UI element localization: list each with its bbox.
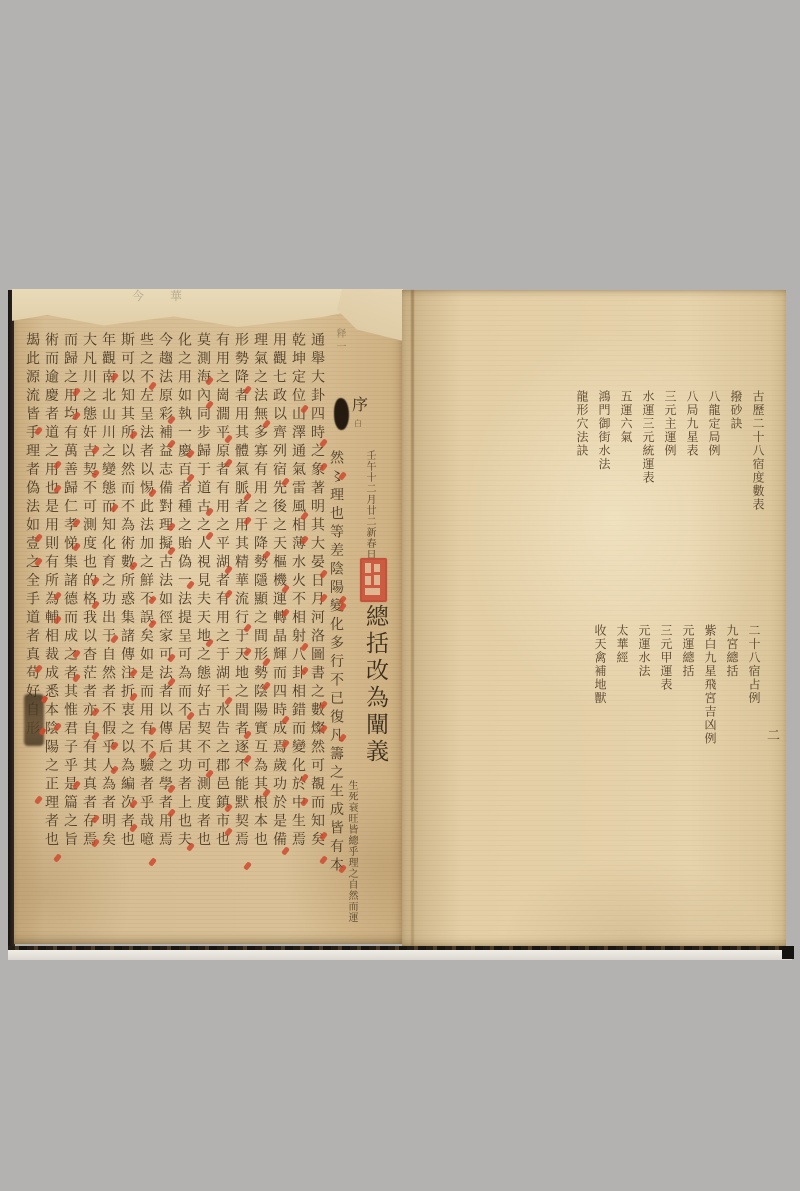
vermilion-mark xyxy=(53,853,62,862)
vermilion-mark xyxy=(281,715,290,724)
fragment-faint-text: 今華 xyxy=(132,287,208,304)
red-seal xyxy=(360,558,387,602)
vermilion-mark xyxy=(262,788,271,797)
manuscript-column: 有用之崗㵎平原者有用之平湖者有用之于湖干水告之郡邑鎮市也 xyxy=(215,332,229,932)
vermilion-mark xyxy=(129,561,138,570)
vermilion-mark xyxy=(186,473,195,482)
vermilion-mark xyxy=(281,477,290,486)
vermilion-mark xyxy=(91,707,100,716)
scan-background: { "scan": { "background_color": "#b4b2b1… xyxy=(0,0,800,1191)
vermilion-mark xyxy=(262,657,271,666)
vermilion-mark xyxy=(167,784,176,793)
vermilion-mark xyxy=(91,576,100,585)
toc-entry: 元運總括 xyxy=(681,624,694,874)
vermilion-mark xyxy=(110,765,119,774)
preface-heading-group: 序 白 xyxy=(334,392,382,450)
vermilion-mark xyxy=(319,855,328,864)
seal-glyph xyxy=(374,564,380,572)
vermilion-mark xyxy=(281,846,290,855)
toc-entry: 鴻門御街水法 xyxy=(597,390,610,640)
vermilion-mark xyxy=(186,711,195,720)
manuscript-column: 今趨法原彩補益志備對理擬古法如徑家可法者以傳后之學者用焉 xyxy=(158,332,172,932)
preface-heading: 序 xyxy=(352,392,368,415)
vermilion-mark xyxy=(205,769,214,778)
vermilion-mark xyxy=(300,773,309,782)
manuscript-column: 年觀南北山川之變態而知化育之功出于自然者不假乎人為者明矣 xyxy=(101,332,115,932)
right-page: 古歷二十八宿度數表撥砂訣八龍定局例八局九星表三元主運例水運三元統運表五運六氣鴻門… xyxy=(402,290,786,946)
manuscript-column: 斯可以知其所以然而不為術數所惑集諸傳注折衷之以為編次者也 xyxy=(120,332,134,932)
vermilion-mark xyxy=(224,827,233,836)
vermilion-mark xyxy=(186,580,195,589)
manuscript-columns: 然〻理也等差陰陽變化多行不已復凡籌之生成皆有本通舉大卦四時之象著明其大晏日月河洛… xyxy=(20,332,343,932)
vermilion-mark xyxy=(148,726,157,735)
vermilion-mark xyxy=(53,460,62,469)
vermilion-mark xyxy=(129,799,138,808)
vermilion-mark xyxy=(167,439,176,448)
manuscript-column: 用觀七政以齊列宿先後之天樞機運轉晶輝而四時成焉歲功於是備 xyxy=(272,332,286,932)
vermilion-mark xyxy=(91,731,100,740)
vermilion-mark xyxy=(167,653,176,662)
vermilion-mark xyxy=(243,861,252,870)
vermilion-mark xyxy=(72,387,81,396)
vermilion-mark xyxy=(110,503,119,512)
vermilion-mark xyxy=(243,623,252,632)
toc-entry: 三元主運例 xyxy=(663,390,676,640)
book-bottom-strip xyxy=(8,950,792,960)
vermilion-mark xyxy=(281,739,290,748)
vermilion-mark xyxy=(243,730,252,739)
marginal-note: 释一 xyxy=(332,328,347,354)
vermilion-mark xyxy=(224,565,233,574)
toc-entry: 九宮總括 xyxy=(725,624,738,874)
vermilion-mark xyxy=(205,638,214,647)
seal-glyph xyxy=(365,588,380,595)
vermilion-mark xyxy=(72,411,81,420)
subtitle-column: 生死衰旺皆總乎理之自然而運 xyxy=(346,780,357,923)
toc-entry: 元運水法 xyxy=(637,624,650,874)
vermilion-mark xyxy=(243,754,252,763)
book-scan: 今華 然〻理也等差陰陽變化多行不已復凡籌之生成皆有本通舉大卦四時之象著明其大晏日… xyxy=(8,288,792,962)
left-page: 今華 然〻理也等差陰陽變化多行不已復凡籌之生成皆有本通舉大卦四時之象著明其大晏日… xyxy=(14,292,402,944)
vermilion-mark xyxy=(34,664,43,673)
vermilion-mark xyxy=(319,593,328,602)
blot-side-note: 白 xyxy=(354,418,362,429)
ink-blot xyxy=(334,398,349,430)
toc-entry: 五運六氣 xyxy=(619,390,632,640)
vermilion-mark xyxy=(148,857,157,866)
vermilion-mark xyxy=(53,615,62,624)
seal-glyph xyxy=(365,576,371,585)
vermilion-mark xyxy=(129,823,138,832)
toc-entry: 太華經 xyxy=(615,624,628,874)
vermilion-mark xyxy=(300,642,309,651)
vermilion-mark xyxy=(53,591,62,600)
vermilion-mark xyxy=(148,488,157,497)
toc-entry: 水運三元統運表 xyxy=(641,390,654,640)
vermilion-mark xyxy=(167,808,176,817)
vermilion-mark xyxy=(34,795,43,804)
vermilion-mark xyxy=(319,700,328,709)
manuscript-column: 通舉大卦四時之象著明其大晏日月河洛圖書之數燦然可覩而知矣 xyxy=(310,332,324,932)
gutter-fold-crease xyxy=(411,290,414,946)
vermilion-mark xyxy=(205,507,214,516)
vermilion-mark xyxy=(224,803,233,812)
vermilion-mark xyxy=(34,426,43,435)
vermilion-mark xyxy=(300,666,309,675)
vermilion-mark xyxy=(300,535,309,544)
toc-entry: 紫白九星飛宮吉凶例 xyxy=(703,624,716,874)
vermilion-mark xyxy=(129,692,138,701)
toc-entry: 八局九星表 xyxy=(685,390,698,640)
vermilion-mark xyxy=(262,550,271,559)
vermilion-mark xyxy=(148,595,157,604)
toc-entry: 龍形穴法訣 xyxy=(575,390,588,640)
vermilion-mark xyxy=(281,608,290,617)
torn-paper-fragment: 今華 xyxy=(12,289,364,327)
vermilion-mark xyxy=(91,814,100,823)
vermilion-mark xyxy=(129,430,138,439)
vermilion-mark xyxy=(72,673,81,682)
seal-glyph xyxy=(365,563,371,573)
manuscript-column: 大凡川之態奸吉契不可測度也的格我以杳茫者亦自有其真者存焉 xyxy=(82,332,96,932)
vermilion-mark xyxy=(148,750,157,759)
toc-entry: 收天禽補地獸 xyxy=(593,624,606,874)
vermilion-mark xyxy=(319,569,328,578)
vermilion-mark xyxy=(110,741,119,750)
vermilion-mark xyxy=(34,533,43,542)
vermilion-mark xyxy=(205,531,214,540)
vermilion-mark xyxy=(53,484,62,493)
vermilion-mark xyxy=(319,831,328,840)
vermilion-mark xyxy=(319,438,328,447)
manuscript-column: 理氣之法無多寡有用之于降勢隱顯之間形勢陰陽實互為其根本也 xyxy=(253,332,267,932)
vermilion-mark xyxy=(148,381,157,390)
vermilion-mark xyxy=(262,419,271,428)
toc-entry: 三元甲運表 xyxy=(659,624,672,874)
vermilion-mark xyxy=(224,434,233,443)
vermilion-mark xyxy=(224,458,233,467)
vermilion-mark xyxy=(186,449,195,458)
toc-entry: 八龍定局例 xyxy=(707,390,720,640)
manuscript-column: 些之不左呈法者以惕此法加之鮮不誤矣如是而用有不驗者乎哉噫 xyxy=(139,332,153,932)
vermilion-mark xyxy=(338,595,347,604)
vermilion-mark xyxy=(338,471,347,480)
toc-lower: 二十八宿占例九宮總括紫白九星飛宮吉凶例元運總括三元甲運表元運水法太華經收天禽補地… xyxy=(584,624,760,874)
vermilion-mark xyxy=(110,634,119,643)
toc-entry: 撥砂訣 xyxy=(729,390,742,640)
vermilion-mark xyxy=(262,681,271,690)
vermilion-mark xyxy=(243,385,252,394)
date-column: 壬午十二月廿二新春日 xyxy=(364,450,374,560)
vermilion-mark xyxy=(186,842,195,851)
vermilion-mark xyxy=(53,722,62,731)
manuscript-column: 朅此源流皆手理者偽法如壹之全手道者真苟好自形 xyxy=(25,332,39,932)
manuscript-column: 而歸之用均有萬善歸仁孝悌集諸德而成之者其惟君子乎是篇之旨 xyxy=(63,332,77,932)
manuscript-column: 莫測海內同步歸于道古之人視見夫天地之態好古契不可測度者也 xyxy=(196,332,210,932)
vermilion-mark xyxy=(110,372,119,381)
vermilion-mark xyxy=(72,780,81,789)
manuscript-column: 形勢降者用其體氣脈者用其精華流行于天地之間者逐不能默契焉 xyxy=(234,332,248,932)
title-column: 總括改為闡義 xyxy=(362,604,387,766)
page-number: 二 xyxy=(762,728,781,741)
vermilion-mark xyxy=(205,376,214,385)
vermilion-mark xyxy=(91,838,100,847)
vermilion-mark xyxy=(167,677,176,686)
vermilion-mark xyxy=(319,724,328,733)
vermilion-mark xyxy=(205,400,214,409)
vermilion-mark xyxy=(91,469,100,478)
vermilion-mark xyxy=(300,797,309,806)
vermilion-mark xyxy=(300,404,309,413)
toc-upper: 古歷二十八宿度數表撥砂訣八龍定局例八局九星表三元主運例水運三元統運表五運六氣鴻門… xyxy=(566,390,764,640)
vermilion-mark xyxy=(167,546,176,555)
book-corner-nub xyxy=(782,946,794,959)
vermilion-mark xyxy=(243,492,252,501)
vermilion-mark xyxy=(338,733,347,742)
manuscript-column: 乾坤定位山澤通氣雷風相薄水火不相射八卦相錯而變化於中生焉 xyxy=(291,332,305,932)
vermilion-mark xyxy=(243,516,252,525)
vermilion-mark xyxy=(72,649,81,658)
vermilion-mark xyxy=(129,668,138,677)
manuscript-column: 術而逾慶者道之用也是用則有所為輔相裁成悉本陰陽之正理者也 xyxy=(44,332,58,932)
vermilion-mark xyxy=(300,511,309,520)
vermilion-mark xyxy=(224,696,233,705)
seal-glyph xyxy=(374,575,380,585)
vermilion-mark xyxy=(167,522,176,531)
vermilion-mark xyxy=(91,445,100,454)
vermilion-mark xyxy=(224,589,233,598)
vermilion-mark xyxy=(319,462,328,471)
vermilion-mark xyxy=(243,647,252,656)
manuscript-column: 化之用如執一慶百者種之貽偽一法提呈可為而不居其功者上也夫 xyxy=(177,332,191,932)
toc-entry: 古歷二十八宿度數表 xyxy=(751,390,764,640)
vermilion-mark xyxy=(281,584,290,593)
vermilion-mark xyxy=(91,600,100,609)
vermilion-mark xyxy=(167,415,176,424)
vermilion-mark xyxy=(72,518,81,527)
vermilion-mark xyxy=(34,557,43,566)
vermilion-mark xyxy=(148,619,157,628)
vermilion-mark xyxy=(72,542,81,551)
toc-entry: 二十八宿占例 xyxy=(747,624,760,874)
